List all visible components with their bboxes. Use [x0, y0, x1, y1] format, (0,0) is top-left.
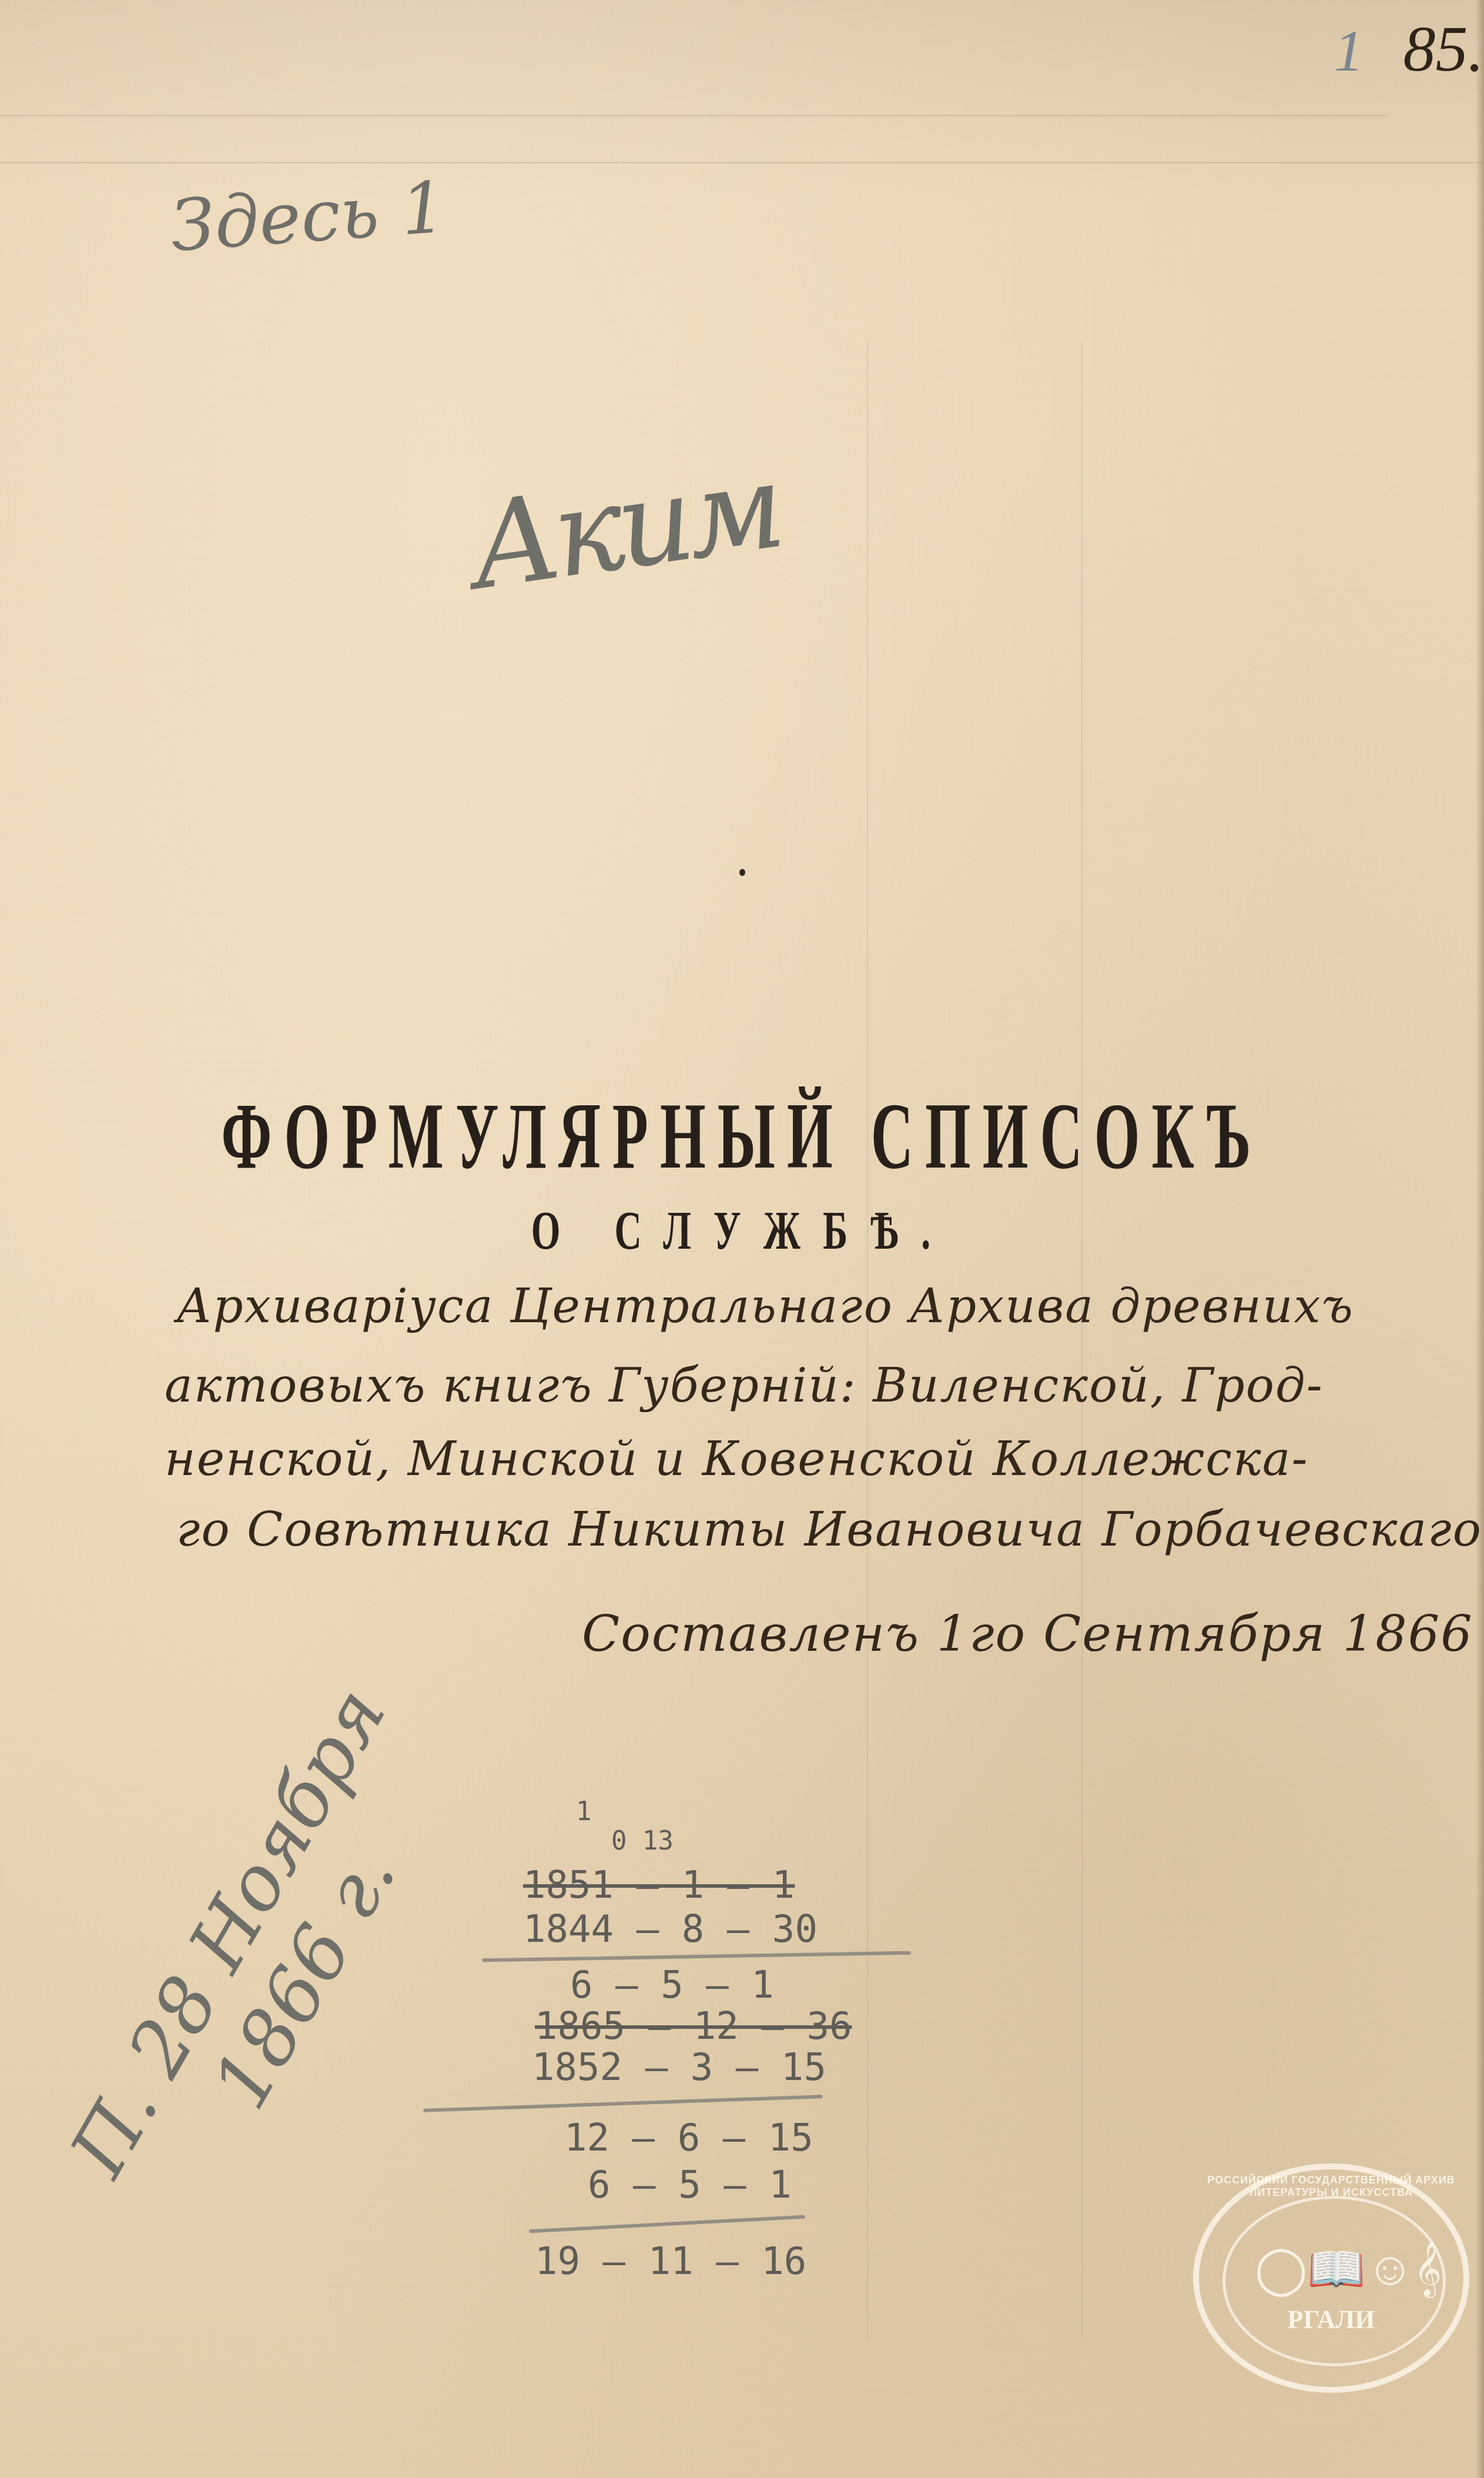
calc-total: 19 – 11 – 16	[535, 2243, 806, 2280]
ink-dot	[739, 869, 745, 876]
calc-row: 1844 – 8 – 30	[523, 1911, 818, 1948]
handwritten-line-3: ненской, Минской и Ковенской Коллежска-	[165, 1432, 1309, 1486]
handwritten-line-2: актовыхъ книгъ Губернiй: Виленской, Грод…	[165, 1358, 1324, 1413]
calc-superscript: 0 13	[611, 1828, 674, 1854]
stamp-label: РГАЛИ	[1287, 2305, 1375, 2335]
open-book-icon: 📖	[1308, 2242, 1366, 2297]
ruled-column-line	[1081, 341, 1083, 2340]
calc-result: 6 – 5 – 1	[570, 1967, 774, 2004]
document-subtitle: О СЛУЖБѢ.	[0, 1199, 1484, 1262]
fold-line	[0, 162, 1484, 163]
folio-ink-number: 85.	[1403, 13, 1484, 85]
theatre-mask-icon: ☺	[1366, 2243, 1414, 2296]
ruled-column-line	[867, 341, 868, 2340]
calc-superscript: 1	[576, 1799, 592, 1825]
handwritten-line-4: го Совѣтника Никиты Ивановича Горбачевск…	[176, 1502, 1484, 1557]
palette-icon: ◯	[1255, 2242, 1308, 2297]
calc-row: 1852 – 3 – 15	[532, 2049, 826, 2086]
treble-clef-icon: 𝄞	[1414, 2243, 1442, 2296]
handwritten-line-1: Архиварiуса Центральнаго Архива древнихъ	[176, 1279, 1354, 1333]
fold-line	[0, 115, 1387, 116]
calc-row-struck: 1851 – 1 – 1	[523, 1867, 795, 1904]
document-title: ФОРМУЛЯРНЫЙ СПИСОКЪ	[0, 1082, 1484, 1190]
stamp-ring-text: РОССИЙСКИЙ ГОСУДАРСТВЕННЫЙ АРХИВ ЛИТЕРАТ…	[1199, 2174, 1463, 2199]
compiled-date-line: Составленъ 1го Сентября 1866 года.	[582, 1605, 1484, 1663]
calc-row-struck: 1865 – 12 – 36	[535, 2008, 852, 2045]
archive-stamp: РОССИЙСКИЙ ГОСУДАРСТВЕННЫЙ АРХИВ ЛИТЕРАТ…	[1193, 2163, 1469, 2393]
calc-result: 12 – 6 – 15	[564, 2119, 813, 2157]
calc-row: 6 – 5 – 1	[588, 2166, 792, 2204]
folio-pencil-mark: 1	[1334, 18, 1364, 83]
stamp-emblem: ◯ 📖 ☺ 𝄞	[1255, 2225, 1413, 2313]
folio-number: 1 85.	[1334, 12, 1484, 86]
